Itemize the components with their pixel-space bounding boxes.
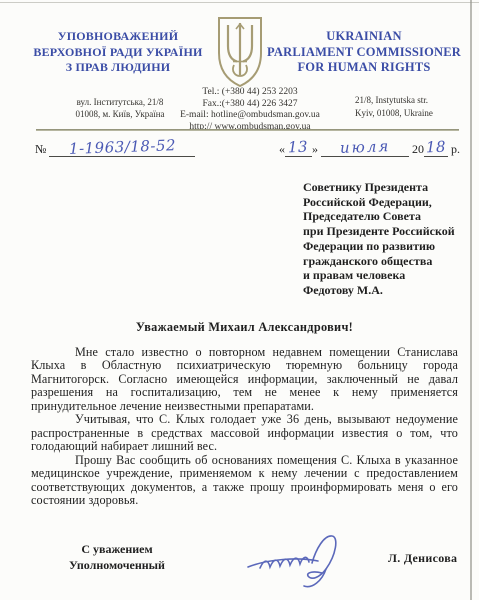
reference-number-line: № 1-1963/18-52 bbox=[35, 142, 195, 157]
handwritten-signature-icon bbox=[246, 531, 362, 593]
date-line: «13» июля 2018 р. bbox=[279, 142, 460, 157]
date-month-value: июля bbox=[340, 140, 391, 154]
org-title-en-line: PARLIAMENT COMMISSIONER bbox=[266, 45, 462, 61]
org-title-en-line: FOR HUMAN RIGHTS bbox=[266, 60, 462, 76]
contact-email: E-mail: hotline@ombudsman.gov.ua bbox=[153, 110, 347, 122]
date-month-blank: июля bbox=[321, 142, 409, 157]
addressee-line: гражданского общества bbox=[303, 254, 463, 269]
contact-fax: Fax.:(+380 44) 226 3427 bbox=[153, 99, 347, 111]
body-paragraph: Учитывая, что С. Клых голодает уже 36 де… bbox=[31, 413, 458, 453]
org-title-uk-line: З ПРАВ ЛЮДИНИ bbox=[30, 60, 206, 76]
addressee-line: Председателю Совета bbox=[303, 209, 463, 224]
date-year-prefix: 20 bbox=[412, 142, 424, 156]
org-title-english: UKRAINIAN PARLIAMENT COMMISSIONER FOR HU… bbox=[266, 29, 462, 76]
addressee-block: Советнику Президента Российской Федераци… bbox=[303, 180, 463, 298]
date-day-blank: 13 bbox=[285, 142, 312, 157]
reference-number-blank: 1-1963/18-52 bbox=[49, 142, 195, 157]
scanned-letter-page: УПОВНОВАЖЕНИЙ ВЕРХОВНОЇ РАДИ УКРАЇНИ З П… bbox=[0, 0, 479, 600]
addressee-line: и правам человека bbox=[303, 268, 463, 283]
org-title-uk-line: ВЕРХОВНОЇ РАДИ УКРАЇНИ bbox=[30, 45, 206, 61]
date-day-value: 13 bbox=[288, 141, 309, 154]
ukraine-trident-emblem-icon bbox=[214, 15, 266, 89]
address-english: 21/8, Instytutska str. Kyiv, 01008, Ukra… bbox=[355, 94, 433, 119]
body-paragraph: Прошу Вас сообщить об основаниях помещен… bbox=[31, 454, 458, 508]
date-quote-close: » bbox=[312, 142, 318, 156]
addressee-line: Федотову М.А. bbox=[303, 283, 463, 298]
body-paragraph: Мне стало известно о повторном недавнем … bbox=[31, 346, 458, 413]
org-title-ukrainian: УПОВНОВАЖЕНИЙ ВЕРХОВНОЇ РАДИ УКРАЇНИ З П… bbox=[30, 29, 206, 76]
contact-tel: Tel.: (+380 44) 253 2203 bbox=[153, 87, 347, 99]
addressee-line: Советнику Президента bbox=[303, 180, 463, 195]
addressee-line: Российской Федерации, bbox=[303, 195, 463, 210]
salutation: Уважаемый Михаил Александрович! bbox=[31, 320, 458, 335]
org-title-uk-line: УПОВНОВАЖЕНИЙ bbox=[30, 29, 206, 45]
letterhead-divider bbox=[36, 129, 459, 131]
address-en-line: Kyiv, 01008, Ukraine bbox=[355, 107, 433, 120]
reference-number-value: 1-1963/18-52 bbox=[69, 139, 176, 155]
date-year-value: 18 bbox=[426, 141, 447, 154]
signatory-name: Л. Денисова bbox=[388, 551, 457, 566]
date-year-suffix: р. bbox=[451, 142, 460, 156]
signoff-regards: С уважением bbox=[62, 542, 172, 558]
signoff-title: Уполномоченный bbox=[62, 558, 172, 574]
scan-edge-top bbox=[0, 2, 479, 3]
letter-body: Мне стало известно о повторном недавнем … bbox=[31, 346, 458, 507]
scan-edge-right bbox=[470, 0, 472, 600]
contact-info: Tel.: (+380 44) 253 2203 Fax.:(+380 44) … bbox=[153, 87, 347, 133]
address-en-line: 21/8, Instytutska str. bbox=[355, 94, 433, 107]
date-year-blank: 18 bbox=[424, 142, 448, 157]
org-title-en-line: UKRAINIAN bbox=[266, 29, 462, 45]
reference-number-label: № bbox=[35, 142, 46, 156]
addressee-line: Федерации по развитию bbox=[303, 239, 463, 254]
addressee-line: при Президенте Российской bbox=[303, 224, 463, 239]
contact-website: http:// www.ombudsman.gov.ua bbox=[153, 122, 347, 134]
signoff-block: С уважением Уполномоченный bbox=[62, 542, 172, 573]
